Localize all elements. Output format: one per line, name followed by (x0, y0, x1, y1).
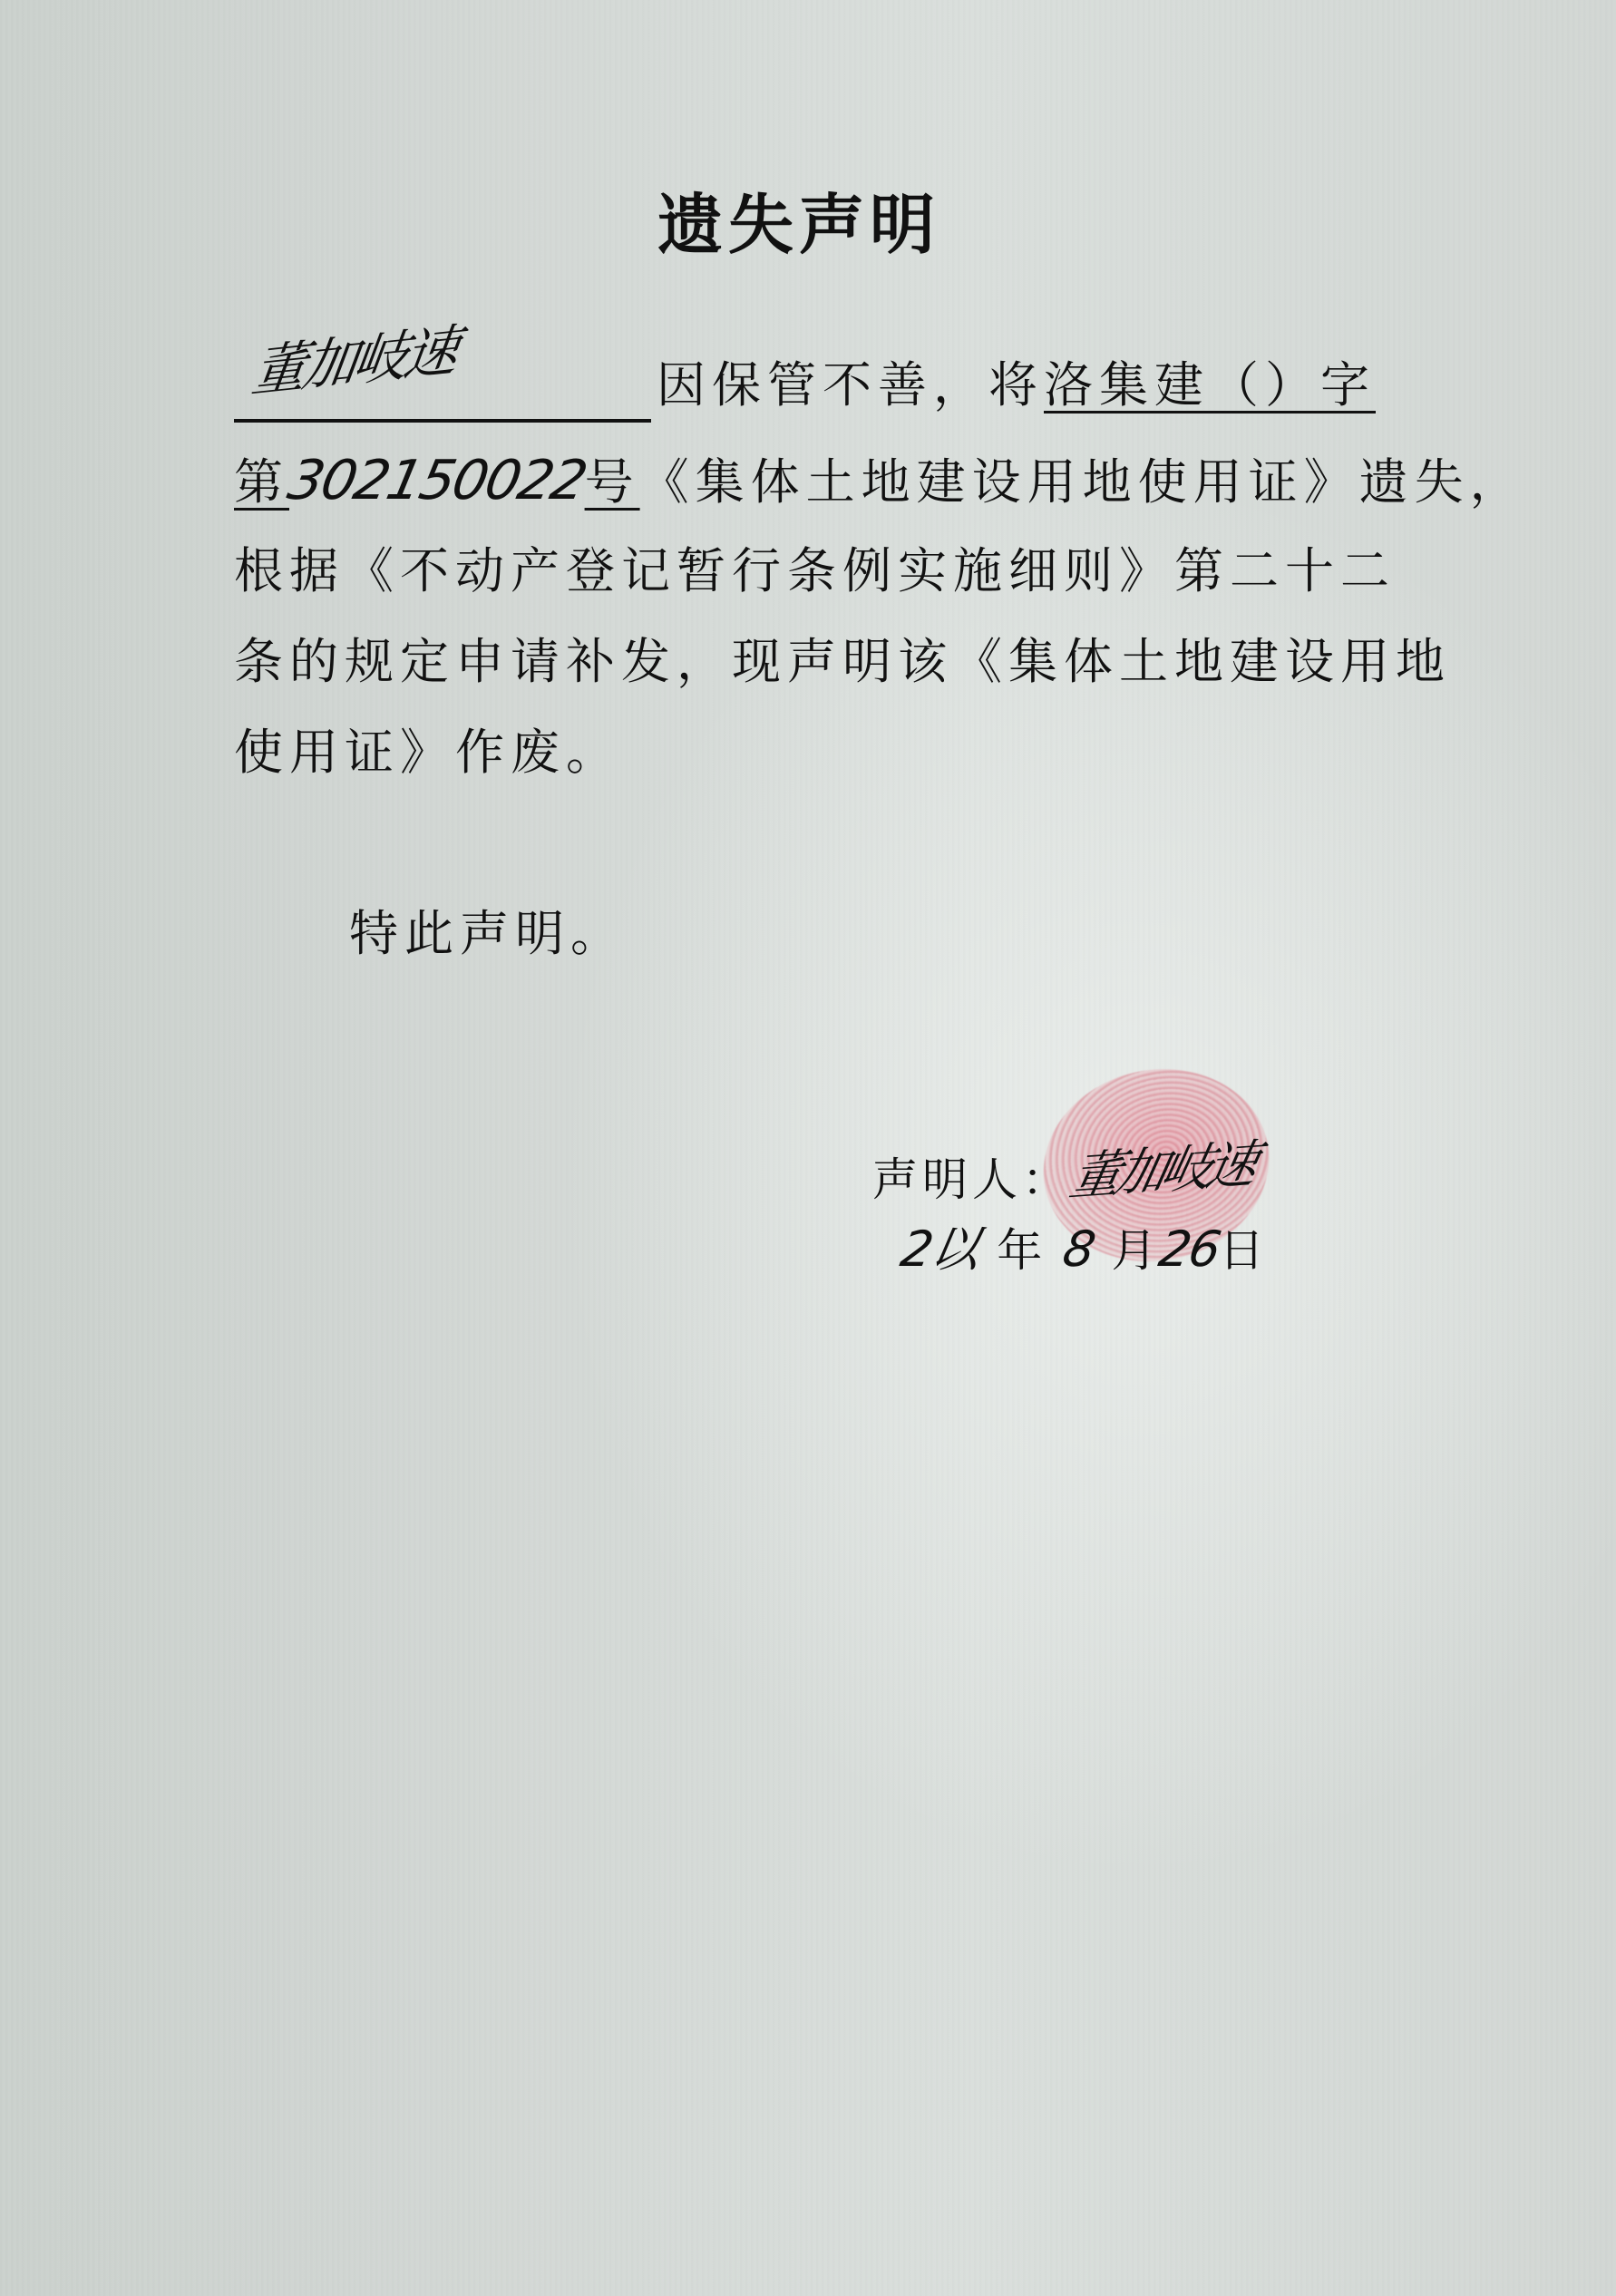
declarant-line: 声明人：董加岐速 (872, 1138, 1253, 1211)
date-year: 2以 (896, 1211, 985, 1280)
line1-text: 因保管不善，将 (657, 356, 1044, 413)
body-line-5: 使用证》作废。 (234, 721, 621, 784)
month-label: 月 (1111, 1224, 1160, 1277)
body-line-2: 第302150022号《集体土地建设用地使用证》遗失， (234, 449, 1525, 514)
name-blank: 董加岐速 (234, 355, 651, 423)
certificate-number-field: 第302150022号 (234, 453, 640, 511)
handwritten-name: 董加岐速 (248, 319, 460, 405)
day-label: 日 (1219, 1224, 1268, 1277)
body-line-1: 董加岐速 因保管不善，将洛集建（）字 (234, 354, 1376, 417)
certificate-prefix: 洛集建（）字 (1044, 356, 1376, 413)
paper-texture (0, 0, 1616, 2296)
body-line-3: 根据《不动产登记暂行条例实施细则》第二十二 (234, 540, 1396, 603)
date-day: 26 (1155, 1221, 1224, 1278)
declarant-label: 声明人： (872, 1153, 1072, 1206)
document-title: 遗失声明 (0, 172, 1616, 267)
line2-text: 《集体土地建设用地使用证》遗失， (640, 453, 1525, 511)
declaration-date: 2以 年 8 月26日 (902, 1211, 1268, 1280)
closing-statement: 特此声明。 (349, 902, 626, 966)
declarant-signature: 董加岐速 (1065, 1124, 1261, 1210)
body-line-4: 条的规定申请补发，现声明该《集体土地建设用地 (234, 630, 1451, 694)
year-label: 年 (997, 1224, 1046, 1277)
date-month: 8 (1059, 1221, 1098, 1278)
handwritten-certificate-number: 302150022 (283, 449, 591, 512)
